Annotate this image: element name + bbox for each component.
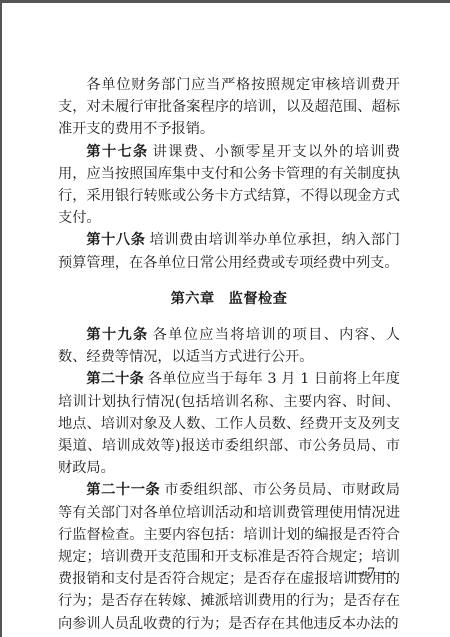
chapter-heading: 第六章监督检查 — [58, 288, 400, 310]
scan-border-left — [0, 0, 2, 637]
scan-border-top — [0, 0, 450, 3]
article-number: 第二十一条 — [86, 482, 160, 498]
article-18: 第十八条培训费由培训举办单位承担，纳入部门预算管理，在各单位日常公用经费或专项经… — [58, 229, 400, 273]
chapter-number: 第六章 — [171, 291, 215, 307]
chapter-title: 监督检查 — [229, 291, 288, 307]
article-21: 第二十一条市委组织部、市公务员局、市财政局等有关部门对各单位培训活动和培训费管理… — [58, 479, 400, 634]
article-19: 第十九条各单位应当将培训的项目、内容、人数、经费等情况，以适当方式进行公开。 — [58, 324, 400, 368]
article-text: 各单位应当于每年 3 月 1 日前将上年度培训计划执行情况(包括培训名称、主要内… — [58, 371, 400, 476]
article-number: 第十七条 — [86, 144, 148, 160]
page-number: — 7 — — [350, 566, 393, 581]
paragraph-finance-review: 各单位财务部门应当严格按照规定审核培训费开支，对未履行审批备案程序的培训，以及超… — [58, 74, 400, 141]
article-number: 第二十条 — [86, 371, 143, 387]
article-number: 第十八条 — [86, 232, 145, 248]
article-text: 市委组织部、市公务员局、市财政局等有关部门对各单位培训活动和培训费管理使用情况进… — [58, 482, 400, 631]
article-20: 第二十条各单位应当于每年 3 月 1 日前将上年度培训计划执行情况(包括培训名称… — [58, 368, 400, 479]
document-page: 各单位财务部门应当严格按照规定审核培训费开支，对未履行审批备案程序的培训，以及超… — [58, 74, 400, 635]
article-number: 第十九条 — [86, 327, 148, 343]
article-17: 第十七条讲课费、小额零星开支以外的培训费用，应当按照国库集中支付和公务卡管理的有… — [58, 141, 400, 230]
paragraph-text: 各单位财务部门应当严格按照规定审核培训费开支，对未履行审批备案程序的培训，以及超… — [58, 77, 400, 137]
